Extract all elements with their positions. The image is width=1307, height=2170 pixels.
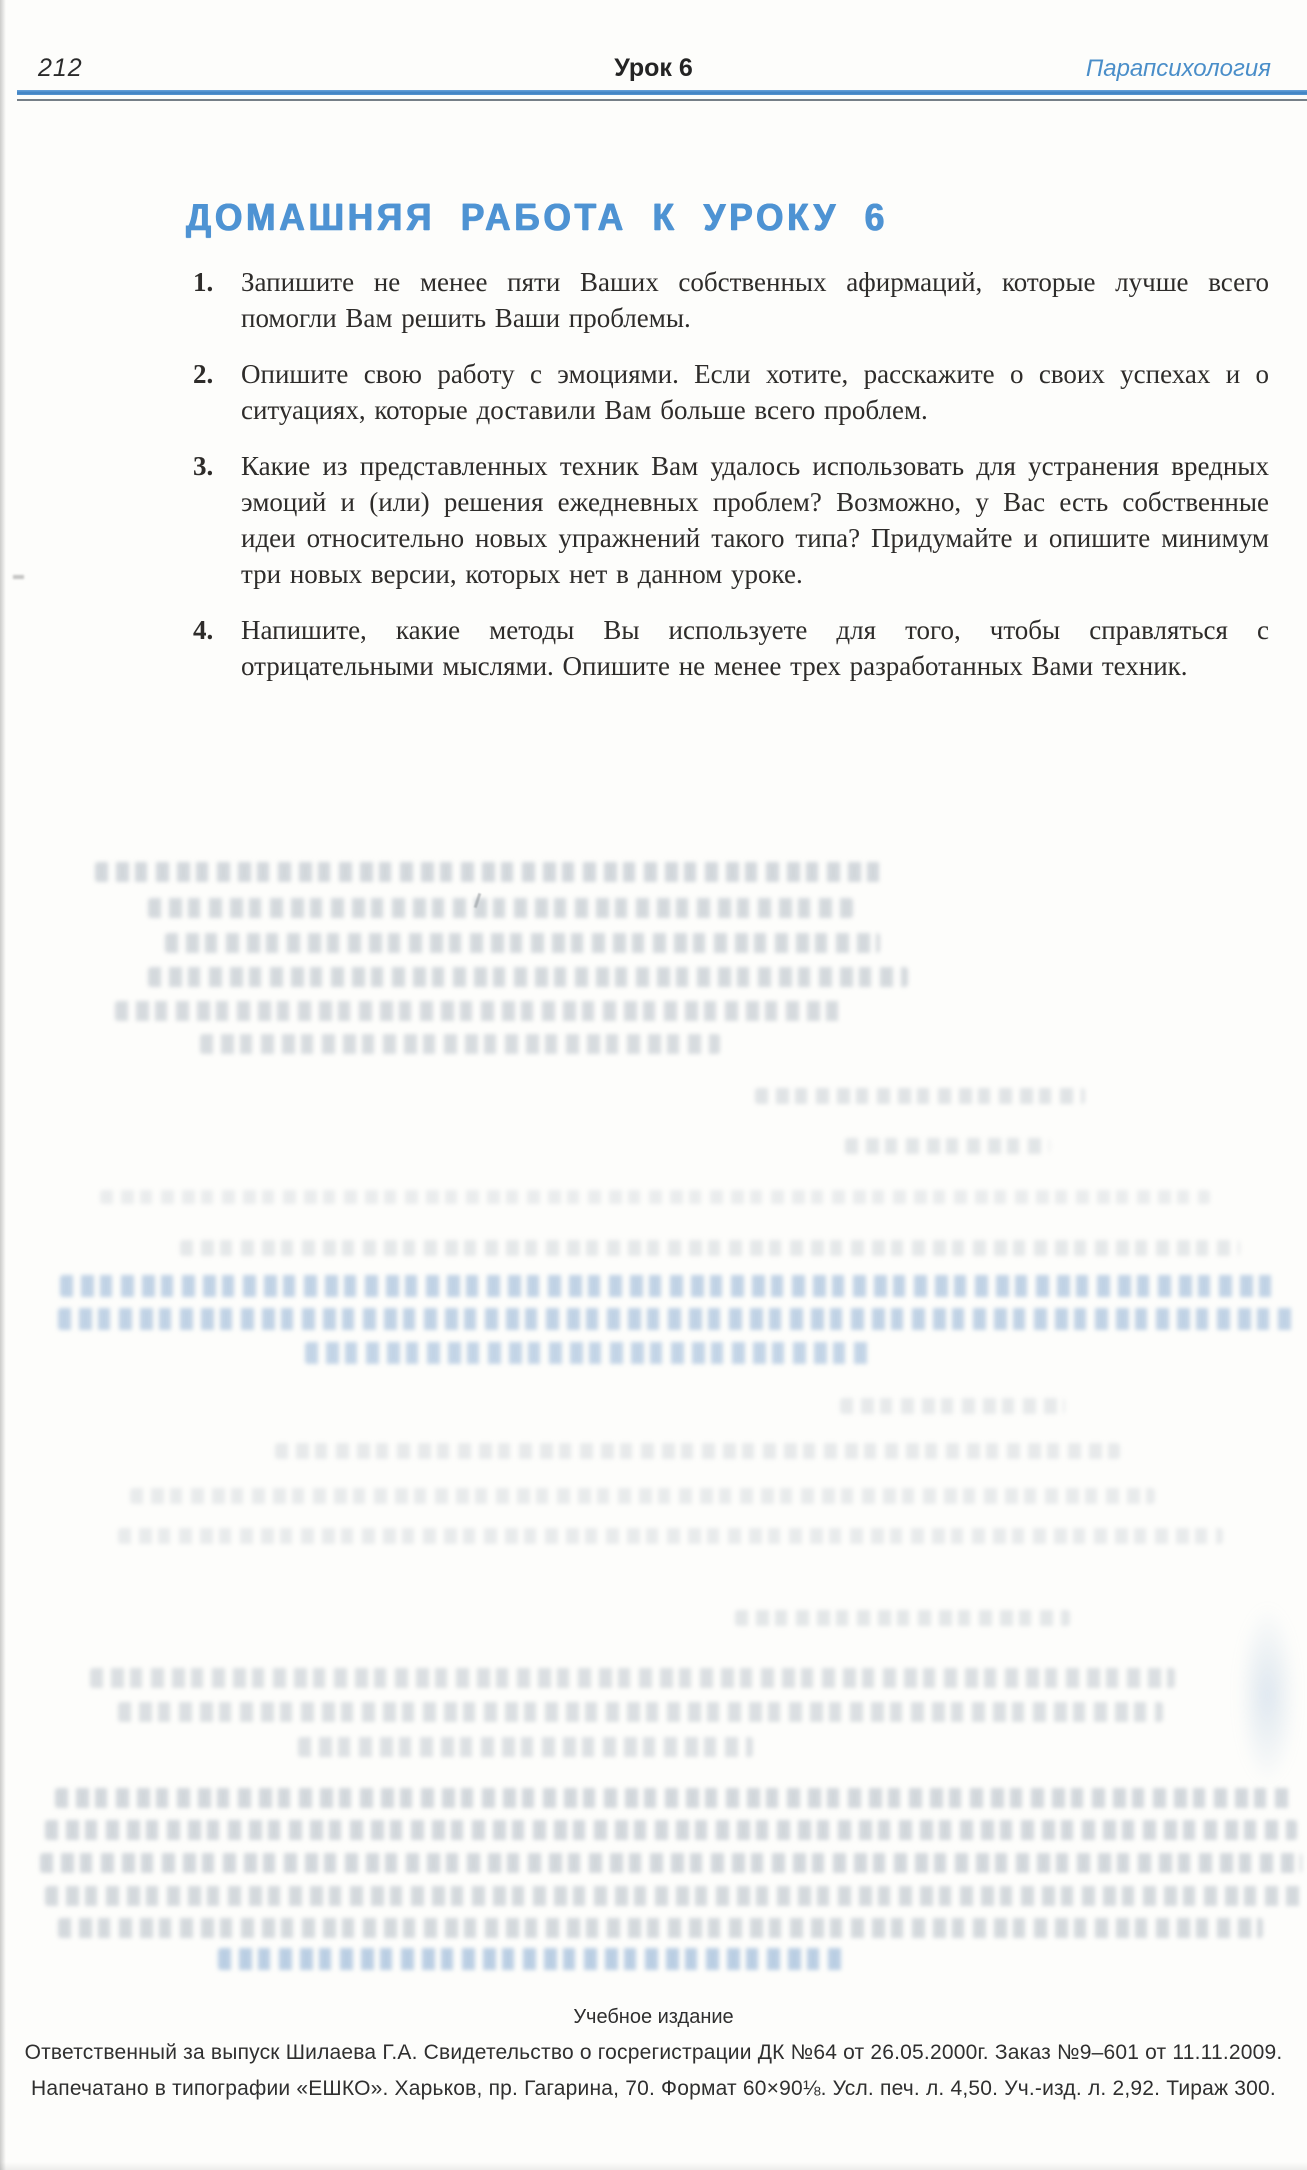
scan-edge-shadow bbox=[0, 0, 6, 2170]
bleed-through-line bbox=[100, 1190, 1210, 1204]
bleed-through-line bbox=[118, 1528, 1223, 1544]
homework-item: 4. Напишите, какие методы Вы используете… bbox=[193, 612, 1269, 684]
scan-speck bbox=[474, 893, 481, 908]
scan-edge-shadow-bottom bbox=[0, 2162, 1307, 2170]
bleed-through-line bbox=[218, 1948, 843, 1970]
running-head: 212 Урок 6 Парапсихология bbox=[0, 52, 1307, 86]
item-text: Опишите свою работу с эмоциями. Если хот… bbox=[241, 356, 1269, 428]
item-number: 3. bbox=[193, 448, 241, 592]
edition-label: Учебное издание bbox=[0, 2006, 1307, 2029]
bleed-through-line bbox=[90, 1668, 1175, 1688]
item-number: 4. bbox=[193, 612, 241, 684]
bleed-through-line bbox=[275, 1443, 1120, 1459]
bleed-through-line bbox=[45, 1886, 1302, 1906]
scan-smudge bbox=[1228, 1575, 1307, 1815]
bleed-through-line bbox=[755, 1088, 1085, 1104]
bleed-through-line bbox=[55, 1788, 1295, 1808]
header-rule-thick bbox=[17, 90, 1307, 95]
scan-speck bbox=[13, 575, 24, 579]
homework-list: 1. Запишите не менее пяти Ваших собствен… bbox=[193, 264, 1269, 704]
bleed-through-line bbox=[130, 1488, 1155, 1504]
item-text: Запишите не менее пяти Ваших собственных… bbox=[241, 264, 1269, 336]
bleed-through-line bbox=[45, 1820, 1297, 1840]
header-rule-thin bbox=[17, 99, 1307, 101]
imprint-line-2: Напечатано в типографии «ЕШКО». Харьков,… bbox=[0, 2077, 1307, 2101]
scanned-book-page: { "header": { "page_number": "212", "les… bbox=[0, 0, 1307, 2170]
item-text: Какие из представленных техник Вам удало… bbox=[241, 448, 1269, 592]
homework-item: 3. Какие из представленных техник Вам уд… bbox=[193, 448, 1269, 592]
item-number: 1. bbox=[193, 264, 241, 336]
bleed-through-line bbox=[148, 898, 853, 918]
bleed-through-line bbox=[845, 1138, 1050, 1154]
bleed-through-line bbox=[40, 1853, 1302, 1873]
bleed-through-line bbox=[200, 1034, 720, 1054]
bleed-through-line bbox=[58, 1918, 1263, 1938]
bleed-through-line bbox=[95, 862, 885, 882]
bleed-through-line bbox=[735, 1610, 1070, 1626]
imprint-line-1: Ответственный за выпуск Шилаева Г.А. Сви… bbox=[0, 2041, 1307, 2065]
bleed-through-line bbox=[165, 933, 880, 953]
book-title: Парапсихология bbox=[1086, 55, 1271, 83]
bleed-through-line bbox=[60, 1275, 1275, 1297]
bleed-through-line bbox=[148, 967, 908, 987]
item-number: 2. bbox=[193, 356, 241, 428]
bleed-through-line bbox=[305, 1342, 870, 1364]
bleed-through-line bbox=[58, 1308, 1293, 1330]
homework-heading: ДОМАШНЯЯ РАБОТА К УРОКУ 6 bbox=[186, 197, 888, 239]
bleed-through-line bbox=[180, 1240, 1240, 1256]
bleed-through-line bbox=[115, 1001, 845, 1021]
bleed-through-line bbox=[298, 1737, 753, 1757]
bleed-through-line bbox=[118, 1702, 1163, 1722]
bleed-through-line bbox=[840, 1398, 1065, 1414]
item-text: Напишите, какие методы Вы используете дл… bbox=[241, 612, 1269, 684]
homework-item: 1. Запишите не менее пяти Ваших собствен… bbox=[193, 264, 1269, 336]
homework-item: 2. Опишите свою работу с эмоциями. Если … bbox=[193, 356, 1269, 428]
